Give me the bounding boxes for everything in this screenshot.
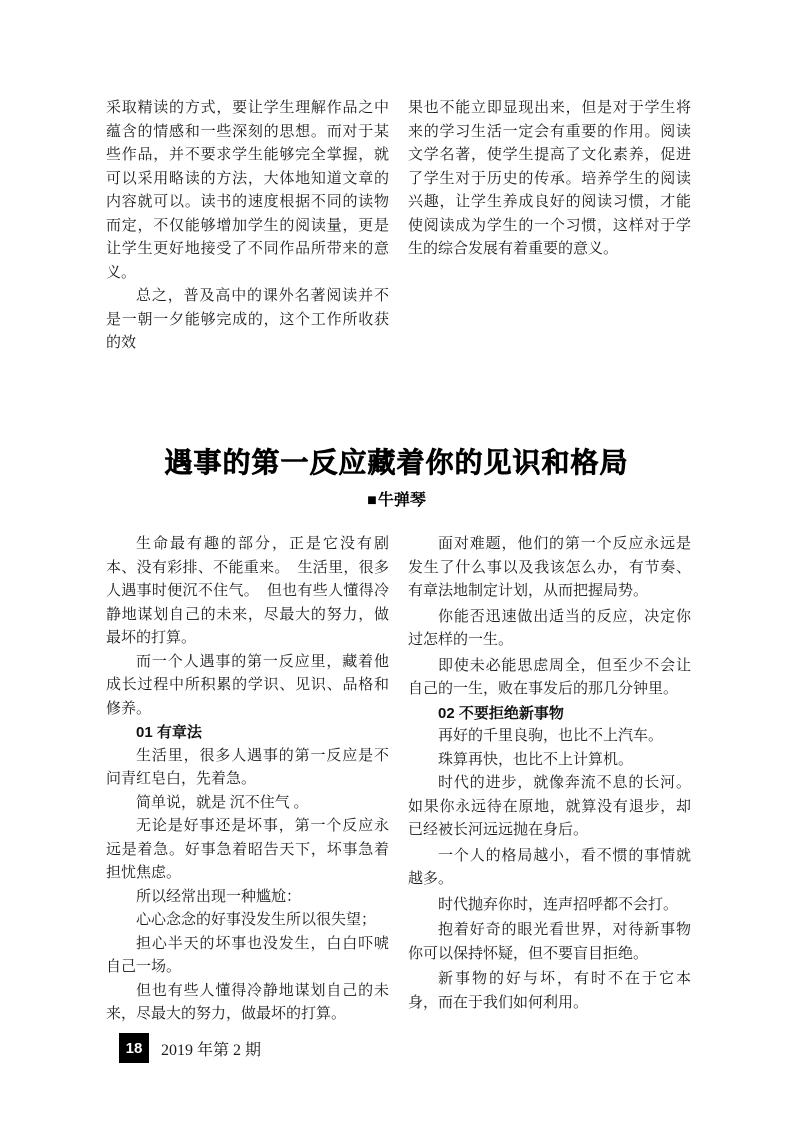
author-byline: ■牛弹琴	[0, 487, 793, 510]
author-name: 牛弹琴	[378, 492, 426, 509]
paragraph: 你能否迅速做出适当的反应，决定你过怎样的一生。	[408, 606, 691, 653]
article-title: 遇事的第一反应藏着你的见识和格局	[0, 441, 793, 481]
paragraph: 而一个人遇事的第一反应里，藏着他成长过程中所积累的学识、见识、品格和修养。	[106, 651, 389, 722]
paragraph: 总之，普及高中的课外名著阅读并不是一朝一夕能够完成的，这个工作所收获的效	[106, 285, 389, 356]
article-right-column: 面对难题，他们的第一个反应永远是发生了什么事以及我该怎么办，有节奏、有章法地制定…	[408, 533, 691, 1015]
paragraph: 面对难题，他们的第一个反应永远是发生了什么事以及我该怎么办，有节奏、有章法地制定…	[408, 533, 691, 604]
page-number-badge: 18	[119, 1033, 149, 1063]
paragraph: 所以经常出现一种尴尬：	[106, 886, 389, 910]
section-heading-02: 02 不要拒绝新事物	[408, 702, 691, 726]
paragraph: 一个人的格局越小，看不惯的事情就越多。	[408, 845, 691, 892]
section-heading-01: 01 有章法	[106, 721, 389, 745]
paragraph: 但也有些人懂得冷静地谋划自己的未来，尽最大的努力，做最坏的打算。	[106, 980, 389, 1027]
paragraph: 无论是好事还是坏事，第一个反应永远是着急。好事急着昭告天下，坏事急着担忧焦虑。	[106, 815, 389, 886]
paragraph: 生活里，很多人遇事的第一反应是不问青红皂白，先着急。	[106, 745, 389, 792]
paragraph: 心心念念的好事没发生所以很失望；	[106, 909, 389, 933]
paragraph: 珠算再快，也比不上计算机。	[408, 749, 691, 773]
paragraph: 简单说，就是 沉不住气 。	[106, 792, 389, 816]
top-article-right-column: 果也不能立即显现出来，但是对于学生将来的学习生活一定会有重要的作用。阅读文学名著…	[408, 97, 691, 262]
paragraph: 生命最有趣的部分，正是它没有剧本、没有彩排、不能重来。 生活里，很多人遇事时便沉…	[106, 533, 389, 651]
paragraph: 采取精读的方式，要让学生理解作品之中蕴含的情感和一些深刻的思想。而对于某些作品，…	[106, 97, 389, 285]
page-footer: 18 2019 年第 2 期	[119, 1033, 261, 1063]
paragraph: 时代的进步，就像奔流不息的长河。如果你永远待在原地，就算没有退步，却已经被长河远…	[408, 772, 691, 843]
magazine-page: 采取精读的方式，要让学生理解作品之中蕴含的情感和一些深刻的思想。而对于某些作品，…	[0, 0, 793, 1122]
paragraph: 担心半天的坏事也没发生，白白吓唬自己一场。	[106, 933, 389, 980]
paragraph: 抱着好奇的眼光看世界，对待新事物你可以保持怀疑，但不要盲目拒绝。	[408, 919, 691, 966]
issue-label: 2019 年第 2 期	[161, 1037, 261, 1060]
paragraph: 即使未必能思虑周全，但至少不会让自己的一生，败在事发后的那几分钟里。	[408, 655, 691, 702]
paragraph: 果也不能立即显现出来，但是对于学生将来的学习生活一定会有重要的作用。阅读文学名著…	[408, 97, 691, 262]
paragraph: 再好的千里良驹，也比不上汽车。	[408, 725, 691, 749]
top-article-left-column: 采取精读的方式，要让学生理解作品之中蕴含的情感和一些深刻的思想。而对于某些作品，…	[106, 97, 389, 356]
author-marker-icon: ■	[367, 492, 377, 509]
paragraph: 时代抛弃你时，连声招呼都不会打。	[408, 894, 691, 918]
paragraph: 新事物的好与坏，有时不在于它本身，而在于我们如何利用。	[408, 968, 691, 1015]
article-left-column: 生命最有趣的部分，正是它没有剧本、没有彩排、不能重来。 生活里，很多人遇事时便沉…	[106, 533, 389, 1027]
